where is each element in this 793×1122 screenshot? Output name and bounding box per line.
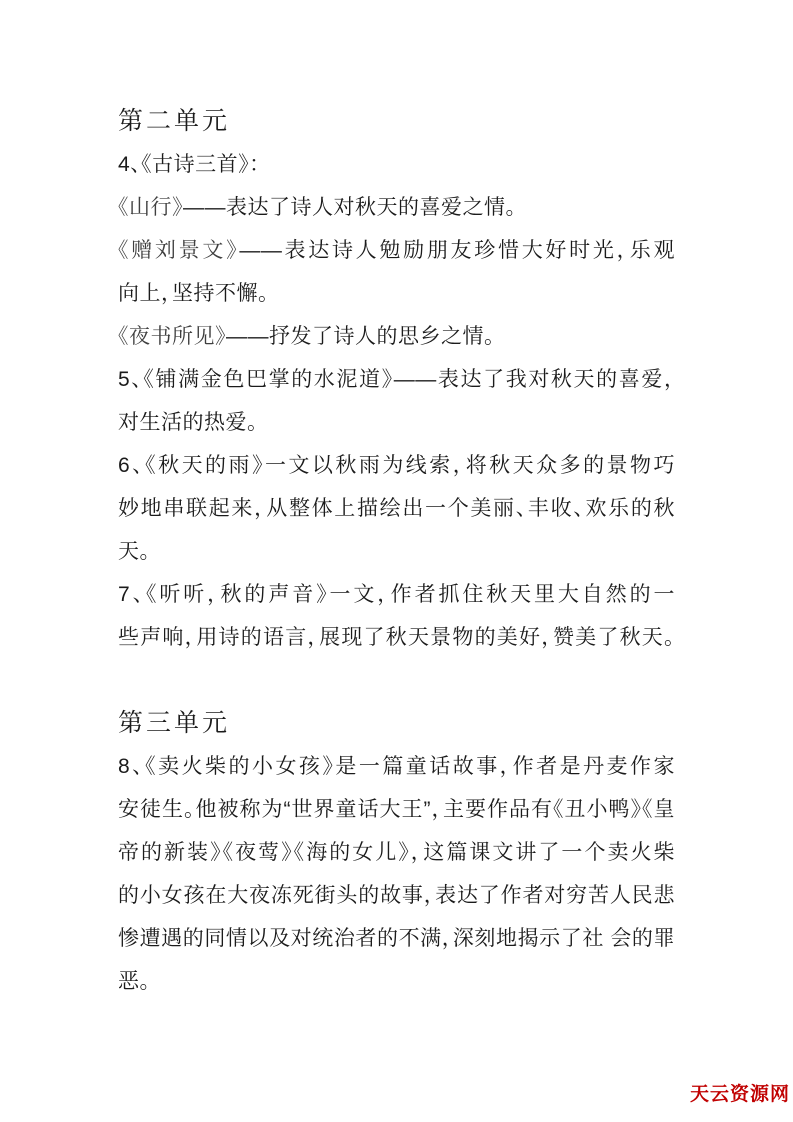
line-text: ——抒发了诗人的思乡之情。	[226, 325, 495, 348]
text-line: 妙地串联起来，从整体上描绘出一个美丽、丰收、欢乐的秋	[118, 487, 675, 530]
paragraph-gap	[118, 659, 675, 702]
text-line: 《赠刘景文》——表达诗人勉励朋友珍惜大好时光，乐观	[118, 229, 675, 272]
text-line: 安徒生。他被称为“世界童话大王”，主要作品有《丑小鸭》《皇	[118, 788, 675, 831]
text-line: 《山行》——表达了诗人对秋天的喜爱之情。	[118, 186, 675, 229]
unit-heading-3: 第三单元	[118, 702, 675, 745]
poem-title: 《夜书所见》	[118, 324, 226, 348]
text-line: 恶。	[118, 960, 675, 1003]
line-text: ——表达诗人勉励朋友珍惜大好时光，乐观	[239, 239, 675, 262]
poem-title: 《山行》	[118, 195, 183, 219]
line-text: ——表达了诗人对秋天的喜爱之情。	[183, 196, 517, 219]
text-line: 5、《铺满金色巴掌的水泥道》——表达了我对秋天的喜爱，	[118, 358, 675, 401]
document-page: 第二单元 4、《古诗三首》： 《山行》——表达了诗人对秋天的喜爱之情。 《赠刘景…	[0, 0, 793, 1122]
text-line: 6、《秋天的雨》一文以秋雨为线索，将秋天众多的景物巧	[118, 444, 675, 487]
text-line: 对生活的热爱。	[118, 401, 675, 444]
text-line: 的小女孩在大夜冻死街头的故事，表达了作者对穷苦人民悲	[118, 874, 675, 917]
unit-heading-2: 第二单元	[118, 100, 675, 143]
text-line: 惨遭遇的同情以及对统治者的不满，深刻地揭示了社 会的罪	[118, 917, 675, 960]
text-line: 些声响，用诗的语言，展现了秋天景物的美好，赞美了秋天。	[118, 616, 675, 659]
text-line: 4、《古诗三首》：	[118, 143, 675, 186]
poem-title: 《赠刘景文》	[118, 238, 239, 262]
site-watermark: 天云资源网	[690, 1084, 790, 1106]
text-line: 帝的新装》《夜莺》《海的女儿》，这篇课文讲了一个卖火柴	[118, 831, 675, 874]
document-content: 第二单元 4、《古诗三首》： 《山行》——表达了诗人对秋天的喜爱之情。 《赠刘景…	[118, 100, 675, 1003]
text-line: 《夜书所见》——抒发了诗人的思乡之情。	[118, 315, 675, 358]
text-line: 天。	[118, 530, 675, 573]
text-line: 7、《听听，秋的声音》一文，作者抓住秋天里大自然的一	[118, 573, 675, 616]
text-line: 向上，坚持不懈。	[118, 272, 675, 315]
text-line: 8、《卖火柴的小女孩》是一篇童话故事，作者是丹麦作家	[118, 745, 675, 788]
